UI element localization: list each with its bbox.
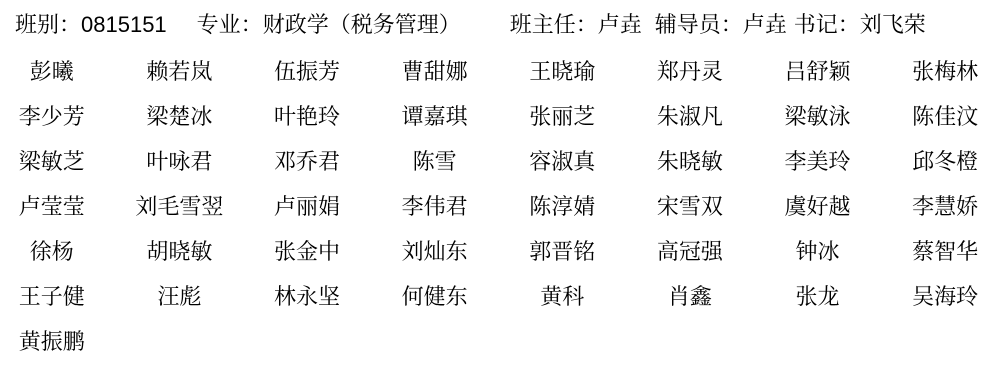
student-name: 谭嘉琪 — [371, 93, 499, 138]
student-name: 李伟君 — [371, 183, 499, 228]
class-id-value: 0815151 — [81, 13, 167, 36]
student-name: 宋雪双 — [626, 183, 754, 228]
student-name: 赖若岚 — [116, 48, 244, 93]
student-name: 陈淳婧 — [499, 183, 627, 228]
head-teacher-value: 卢垚 — [598, 13, 642, 36]
counselor-label: 辅导员： — [655, 13, 743, 36]
student-name: 郑丹灵 — [626, 48, 754, 93]
student-name: 容淑真 — [499, 138, 627, 183]
student-name: 邱冬橙 — [881, 138, 999, 183]
student-name: 彭曦 — [0, 48, 116, 93]
student-name: 虞好越 — [754, 183, 882, 228]
counselor-group: 辅导员： 卢垚 — [655, 13, 787, 36]
student-name: 张梅林 — [881, 48, 999, 93]
student-name: 曹甜娜 — [371, 48, 499, 93]
counselor-value: 卢垚 — [743, 13, 787, 36]
roster-grid: 彭曦赖若岚伍振芳曹甜娜王晓瑜郑丹灵吕舒颖张梅林李少芳梁楚冰叶艳玲谭嘉琪张丽芝朱淑… — [0, 48, 999, 363]
student-name: 李少芳 — [0, 93, 116, 138]
student-name: 梁敏泳 — [754, 93, 882, 138]
student-name: 何健东 — [371, 273, 499, 318]
head-teacher-label: 班主任： — [510, 13, 598, 36]
student-name: 王晓瑜 — [499, 48, 627, 93]
student-name: 卢丽娟 — [243, 183, 371, 228]
student-name: 刘毛雪翌 — [116, 183, 244, 228]
class-info-header: 班别： 0815151 专业： 财政学（税务管理） 班主任： 卢垚 辅导员： 卢… — [0, 0, 999, 36]
student-name: 陈雪 — [371, 138, 499, 183]
student-name: 卢莹莹 — [0, 183, 116, 228]
student-name: 朱淑凡 — [626, 93, 754, 138]
student-name: 汪彪 — [116, 273, 244, 318]
student-name: 陈佳汶 — [881, 93, 999, 138]
secretary-label: 书记： — [794, 13, 860, 36]
student-name: 吴海玲 — [881, 273, 999, 318]
student-name: 肖鑫 — [626, 273, 754, 318]
secretary-group: 书记： 刘飞荣 — [794, 13, 926, 36]
student-name: 黄科 — [499, 273, 627, 318]
student-name: 郭晋铭 — [499, 228, 627, 273]
student-name: 高冠强 — [626, 228, 754, 273]
student-name: 伍振芳 — [243, 48, 371, 93]
head-teacher-group: 班主任： 卢垚 — [510, 13, 642, 36]
student-name: 张丽芝 — [499, 93, 627, 138]
student-name: 叶艳玲 — [243, 93, 371, 138]
class-id-label: 班别： — [15, 13, 81, 36]
student-name: 吕舒颖 — [754, 48, 882, 93]
student-name: 钟冰 — [754, 228, 882, 273]
student-name: 刘灿东 — [371, 228, 499, 273]
student-name: 徐杨 — [0, 228, 116, 273]
student-name: 邓乔君 — [243, 138, 371, 183]
class-id-group: 班别： 0815151 — [15, 13, 167, 36]
student-name: 梁楚冰 — [116, 93, 244, 138]
major-label: 专业： — [197, 13, 263, 36]
student-name: 王子健 — [0, 273, 116, 318]
major-value: 财政学（税务管理） — [263, 13, 461, 36]
student-name: 李美玲 — [754, 138, 882, 183]
student-name: 张龙 — [754, 273, 882, 318]
student-name: 李慧娇 — [881, 183, 999, 228]
student-name: 胡晓敏 — [116, 228, 244, 273]
student-name: 林永坚 — [243, 273, 371, 318]
secretary-value: 刘飞荣 — [860, 13, 926, 36]
student-name: 黄振鹏 — [0, 318, 116, 363]
major-group: 专业： 财政学（税务管理） — [197, 13, 461, 36]
student-name: 蔡智华 — [881, 228, 999, 273]
student-name: 张金中 — [243, 228, 371, 273]
student-name: 叶咏君 — [116, 138, 244, 183]
student-name: 朱晓敏 — [626, 138, 754, 183]
student-name: 梁敏芝 — [0, 138, 116, 183]
